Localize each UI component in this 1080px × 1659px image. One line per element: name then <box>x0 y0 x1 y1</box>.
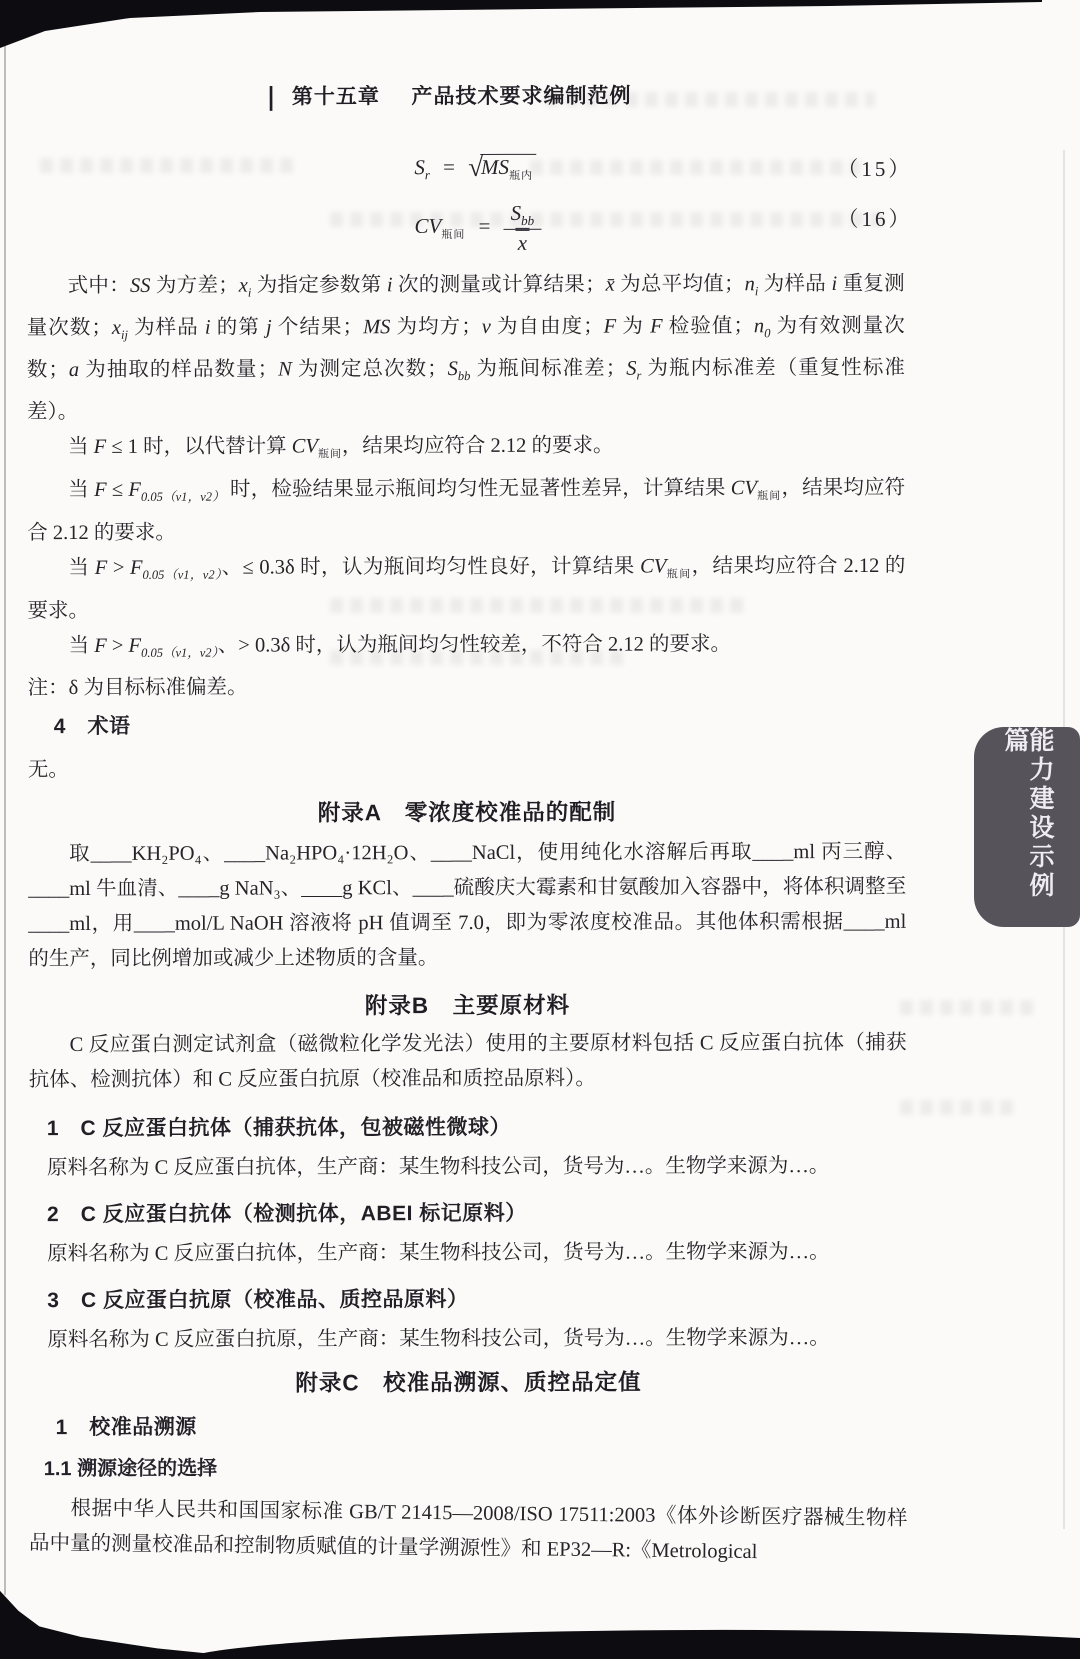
fraction: Sbb x <box>504 202 542 254</box>
material-item-1-heading: 1 C 反应蛋白抗体（捕获抗体，包被磁性微球） <box>47 1110 907 1145</box>
denominator-term: x <box>516 228 529 255</box>
scanned-book-page: { "colors": { "side_tab_bg": "#57535b", … <box>0 0 1080 1659</box>
equals-sign: = <box>479 214 491 238</box>
section-side-tab-label: 能力建设示例篇 <box>1002 727 1052 927</box>
material-item-2-body: 原料名称为 C 反应蛋白抗体，生产商：某生物科技公司，货号为…。生物学来源为…。 <box>47 1235 907 1272</box>
material-item-1-body: 原料名称为 C 反应蛋白抗体，生产商：某生物科技公司，货号为…。生物学来源为…。 <box>47 1149 907 1186</box>
condition-f-gt-f005-gt: 当 F > F0.05（v1，v2）、> 0.3δ 时，认为瓶间均匀性较差，不符… <box>28 627 906 671</box>
radicand: MS瓶内 <box>480 154 536 179</box>
page-content: | 第十五章 产品技术要求编制范例 187 Sr = √MS瓶内 （15） CV… <box>26 69 908 1561</box>
chapter-number: 第十五章 <box>292 85 380 108</box>
appendix-c-section-1-heading: 1 校准品溯源 <box>56 1409 908 1444</box>
formula-16-tag: （16） <box>837 203 912 233</box>
numerator-term: S <box>511 201 522 225</box>
material-item-3-body: 原料名称为 C 反应蛋白抗原，生产商：某生物科技公司，货号为…。生物学来源为…。 <box>47 1321 907 1358</box>
material-item-2-heading: 2 C 反应蛋白抗体（检测抗体，ABEI 标记原料） <box>47 1196 907 1231</box>
formula-16-expression: CV瓶间 = Sbb x <box>414 202 541 254</box>
radicand-term: MS <box>481 155 509 179</box>
variables-explanation: 式中：SS 为方差；xi 为指定参数第 i 次的测量或计算结果；x̄ 为总平均值… <box>27 267 905 430</box>
condition-f-le-f005: 当 F ≤ F0.05（v1，v2） 时，检验结果显示瓶间均匀性无显著性差异，计… <box>27 471 905 551</box>
equals-sign: = <box>443 155 455 179</box>
fraction-denominator: x <box>504 230 542 254</box>
note-delta: 注：δ 为目标标准偏差。 <box>28 669 906 706</box>
bleed-through-artifact <box>900 1000 1040 1015</box>
formula-15-lhs: S <box>414 155 425 179</box>
formula-16-lhs-subscript: 瓶间 <box>441 229 465 241</box>
fraction-numerator: Sbb <box>504 202 542 230</box>
condition-f-gt-f005-le: 当 F > F0.05（v1，v2）、≤ 0.3δ 时，认为瓶间均匀性良好，计算… <box>27 549 905 629</box>
chapter-header: | 第十五章 产品技术要求编制范例 187 <box>268 79 904 111</box>
appendix-b-intro: C 反应蛋白测定试剂盒（磁微粒化学发光法）使用的主要原材料包括 C 反应蛋白抗体… <box>29 1026 907 1098</box>
appendix-c-body: 根据中华人民共和国国家标准 GB/T 21415—2008/ISO 17511:… <box>29 1491 908 1572</box>
bleed-through-artifact <box>900 1100 1020 1115</box>
appendix-b-title: 附录B 主要原材料 <box>28 987 906 1024</box>
formula-15-tag: （15） <box>837 153 912 183</box>
section-4-heading: 4 术语 <box>54 708 906 743</box>
material-item-3-heading: 3 C 反应蛋白抗原（校准品、质控品原料） <box>47 1282 907 1317</box>
scan-edge-top <box>0 0 1080 50</box>
radicand-subscript: 瓶内 <box>509 170 533 182</box>
chapter-marker: | <box>268 83 275 113</box>
page-edge-line-right <box>1063 150 1065 1529</box>
appendix-a-title: 附录A 零浓度校准品的配制 <box>28 794 906 831</box>
section-4-body: 无。 <box>28 751 906 788</box>
scan-edge-bottom-band <box>190 1629 1080 1659</box>
formula-15-lhs-subscript: r <box>425 167 430 182</box>
formula-15: Sr = √MS瓶内 （15） <box>26 147 904 195</box>
appendix-c-title: 附录C 校准品溯源、质控品定值 <box>29 1364 907 1401</box>
formula-15-expression: Sr = √MS瓶内 <box>414 152 536 184</box>
formula-16-lhs: CV <box>414 214 441 238</box>
scan-edge-bottom-left <box>0 1588 262 1659</box>
appendix-a-body: 取____KH₂PO₄、____Na₂HPO₄·12H₂O、____NaCl，使… <box>28 835 906 977</box>
page-edge-line-left <box>4 46 6 1595</box>
formula-16: CV瓶间 = Sbb x （16） <box>26 197 904 261</box>
condition-f-le-1: 当 F ≤ 1 时，以代替计算 CV瓶间，结果均应符合 2.12 的要求。 <box>27 428 905 473</box>
numerator-subscript: bb <box>521 213 534 228</box>
chapter-title: 产品技术要求编制范例 <box>412 85 632 109</box>
appendix-c-section-1-1-heading: 1.1 溯源途径的选择 <box>44 1451 908 1485</box>
